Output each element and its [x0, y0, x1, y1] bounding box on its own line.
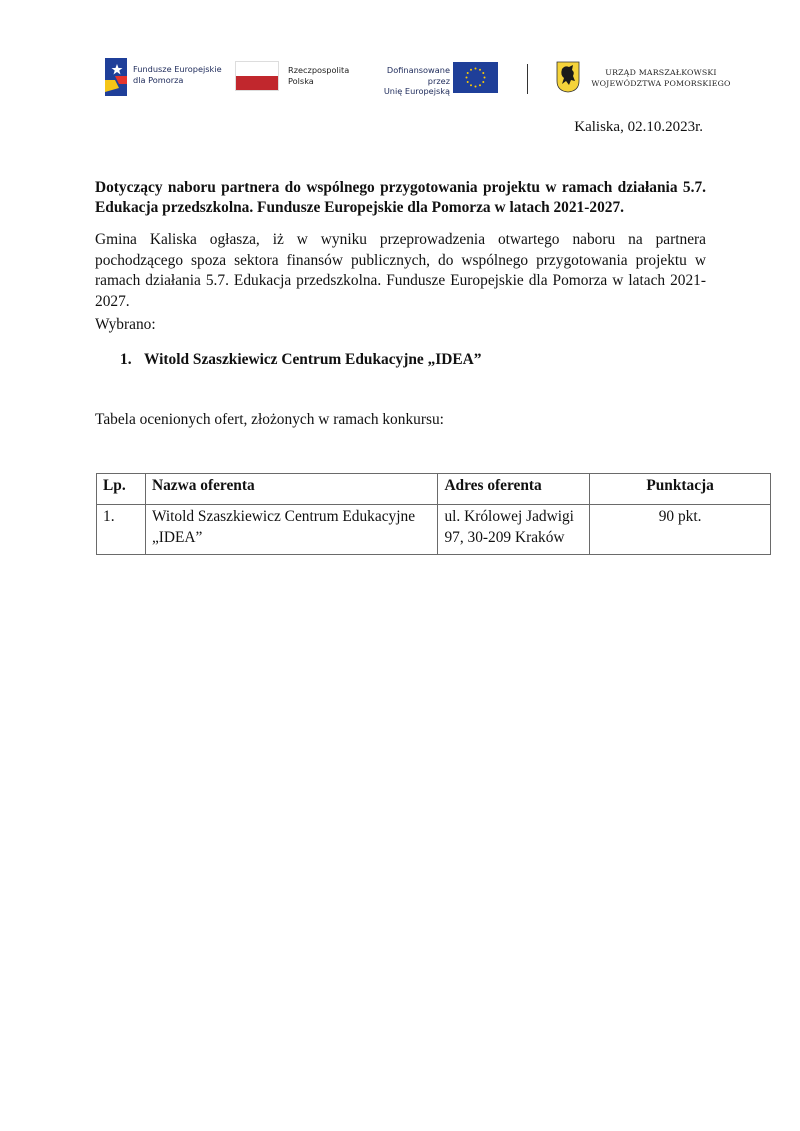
header-lp: Lp.: [97, 474, 146, 505]
table-row: 1. Witold Szaszkiewicz Centrum Edukacyjn…: [97, 505, 771, 555]
cell-offeror-name: Witold Szaszkiewicz Centrum Edukacyjne „…: [145, 505, 437, 555]
table-intro: Tabela ocenionych ofert, złożonych w ram…: [95, 411, 444, 429]
cell-lp: 1.: [97, 505, 146, 555]
header-score: Punktacja: [590, 474, 771, 505]
polish-flag-icon: [235, 61, 279, 91]
cell-score: 90 pkt.: [590, 505, 771, 555]
fundusze-europejskie-label: Fundusze Europejskie dla Pomorza: [133, 64, 222, 85]
table-header-row: Lp. Nazwa oferenta Adres oferenta Punkta…: [97, 474, 771, 505]
selected-list-item: 1.Witold Szaszkiewicz Centrum Edukacyjne…: [120, 351, 481, 369]
logo-bar: Fundusze Europejskie dla Pomorza Rzeczpo…: [100, 56, 725, 100]
document-date: Kaliska, 02.10.2023r.: [574, 119, 703, 136]
selected-item-number: 1.: [120, 351, 144, 369]
header-offeror-name: Nazwa oferenta: [145, 474, 437, 505]
eu-cofinancing-label: Dofinansowane przez Unię Europejską: [365, 65, 450, 97]
fundusze-europejskie-logo-icon: [105, 58, 127, 96]
rzeczpospolita-polska-label: Rzeczpospolita Polska: [288, 65, 349, 86]
pomeranian-griffin-crest-icon: [556, 61, 580, 93]
urzad-marszalkowski-label: URZĄD MARSZAŁKOWSKI WOJEWÓDZTWA POMORSKI…: [586, 67, 736, 89]
selected-item-name: Witold Szaszkiewicz Centrum Edukacyjne „…: [144, 351, 481, 368]
selected-label: Wybrano:: [95, 316, 156, 334]
cell-offeror-address: ul. Królowej Jadwigi 97, 30-209 Kraków: [438, 505, 590, 555]
offers-table: Lp. Nazwa oferenta Adres oferenta Punkta…: [96, 473, 771, 555]
logo-divider: [527, 64, 528, 94]
eu-flag-icon: [453, 62, 498, 93]
document-body-paragraph: Gmina Kaliska ogłasza, iż w wyniku przep…: [95, 230, 706, 312]
header-offeror-address: Adres oferenta: [438, 474, 590, 505]
document-subject: Dotyczący naboru partnera do wspólnego p…: [95, 178, 706, 218]
